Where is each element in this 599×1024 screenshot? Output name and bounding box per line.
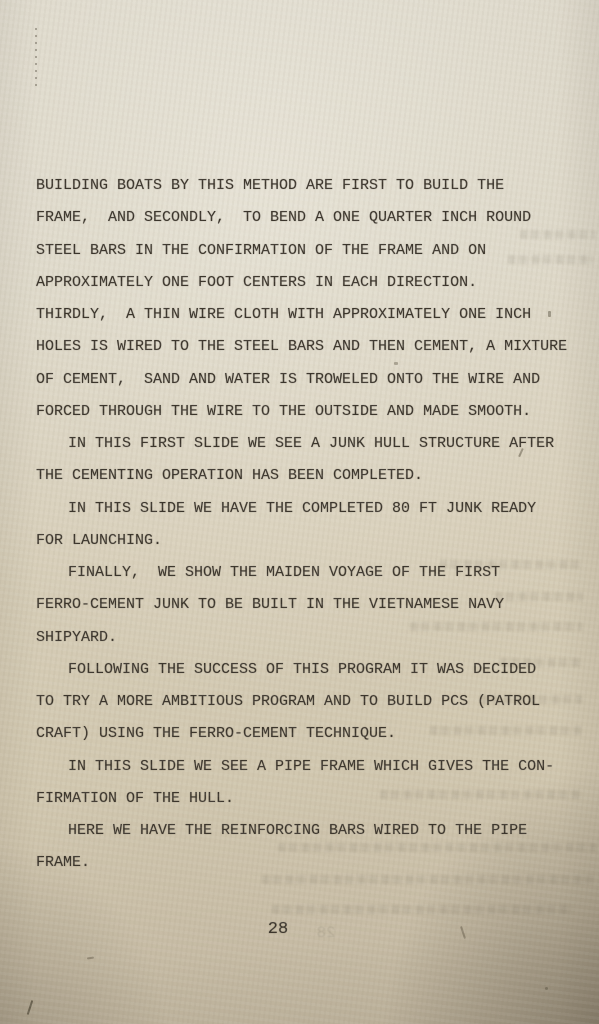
text-line: FIRMATION OF THE HULL. bbox=[36, 783, 592, 815]
text-line: IN THIS FIRST SLIDE WE SEE A JUNK HULL S… bbox=[36, 428, 592, 460]
text-line: FRAME, AND SECONDLY, TO BEND A ONE QUART… bbox=[36, 202, 592, 234]
paper-speck bbox=[394, 362, 398, 365]
page-number-bleed-mark: 28 bbox=[306, 924, 346, 942]
text-line: FINALLY, WE SHOW THE MAIDEN VOYAGE OF TH… bbox=[36, 557, 592, 589]
scanned-page: BUILDING BOATS BY THIS METHOD ARE FIRST … bbox=[0, 0, 599, 1024]
body-text: BUILDING BOATS BY THIS METHOD ARE FIRST … bbox=[36, 170, 592, 880]
binding-dots-mark bbox=[35, 28, 37, 90]
text-line: THIRDLY, A THIN WIRE CLOTH WITH APPROXIM… bbox=[36, 299, 592, 331]
paper-speck bbox=[545, 987, 548, 990]
small-tick-mark bbox=[460, 926, 466, 939]
text-line: FRAME. bbox=[36, 847, 592, 879]
text-line: HERE WE HAVE THE REINFORCING BARS WIRED … bbox=[36, 815, 592, 847]
text-line: HOLES IS WIRED TO THE STEEL BARS AND THE… bbox=[36, 331, 592, 363]
text-line: IN THIS SLIDE WE HAVE THE COMPLETED 80 F… bbox=[36, 493, 592, 525]
text-line: BUILDING BOATS BY THIS METHOD ARE FIRST … bbox=[36, 170, 592, 202]
pen-slash-mark bbox=[27, 1000, 34, 1015]
text-line: APPROXIMATELY ONE FOOT CENTERS IN EACH D… bbox=[36, 267, 592, 299]
text-line: FOR LAUNCHING. bbox=[36, 525, 592, 557]
text-line: THE CEMENTING OPERATION HAS BEEN COMPLET… bbox=[36, 460, 592, 492]
paper-speck bbox=[548, 311, 551, 317]
text-line: FOLLOWING THE SUCCESS OF THIS PROGRAM IT… bbox=[36, 654, 592, 686]
text-line: STEEL BARS IN THE CONFIRMATION OF THE FR… bbox=[36, 235, 592, 267]
bleed-through-mark bbox=[272, 905, 572, 914]
text-line: SHIPYARD. bbox=[36, 622, 592, 654]
text-line: TO TRY A MORE AMBITIOUS PROGRAM AND TO B… bbox=[36, 686, 592, 718]
text-line: IN THIS SLIDE WE SEE A PIPE FRAME WHICH … bbox=[36, 751, 592, 783]
text-line: CRAFT) USING THE FERRO-CEMENT TECHNIQUE. bbox=[36, 718, 592, 750]
text-line: FERRO-CEMENT JUNK TO BE BUILT IN THE VIE… bbox=[36, 589, 592, 621]
text-line: FORCED THROUGH THE WIRE TO THE OUTSIDE A… bbox=[36, 396, 592, 428]
text-line: OF CEMENT, SAND AND WATER IS TROWELED ON… bbox=[36, 364, 592, 396]
page-number: 28 bbox=[256, 920, 300, 939]
paper-speck bbox=[87, 957, 94, 960]
